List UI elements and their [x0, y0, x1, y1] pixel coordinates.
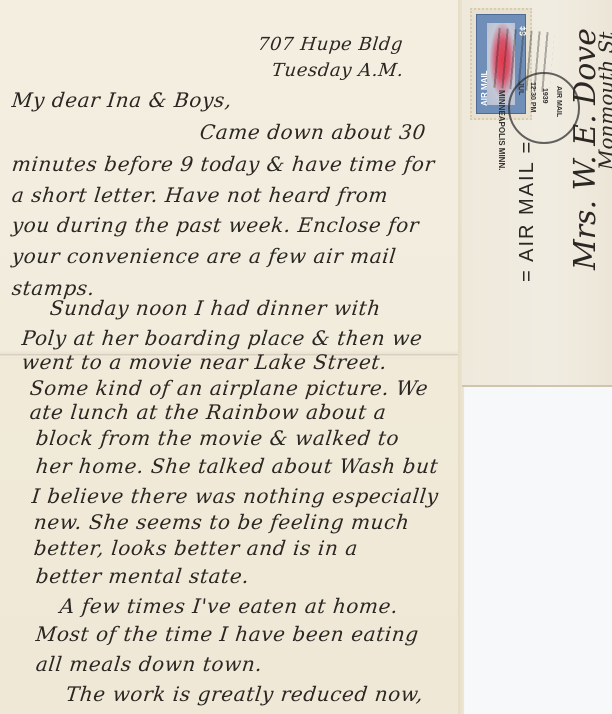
postmark-month: JUL [517, 82, 524, 95]
letter-line: you during the past week. Enclose for [11, 213, 421, 237]
letter-line: A few times I've eaten at home. [59, 594, 400, 618]
letter-line: a short letter. Have not heard from [11, 183, 390, 207]
letter-day: Tuesday A.M. [271, 60, 405, 81]
airmail-handwritten-note: = AIR MAIL = [516, 140, 539, 282]
letter-line: new. She seems to be feeling much [33, 510, 411, 534]
envelope-street: Monmouth St [594, 32, 612, 170]
postmark-time: 12:30 PM [529, 82, 536, 112]
letter-line: your convenience are a few air mail [11, 244, 398, 268]
letter-line: Some kind of an airplane picture. We [29, 376, 430, 400]
letter-address: 707 Hupe Bldg [257, 34, 404, 55]
letter-line: went to a movie near Lake Street. [21, 350, 389, 374]
letter-line: all meals down town. [35, 652, 264, 676]
letter-line: her home. She talked about Wash but [35, 454, 440, 478]
letter-line: I believe there was nothing especially [31, 484, 440, 508]
letter-line: Most of the time I have been eating [35, 622, 420, 646]
salutation: My dear Ina & Boys, [11, 88, 233, 112]
postmark-city: MINNEAPOLIS MINN. [497, 90, 506, 170]
letter-line: Poly at her boarding place & then we [21, 326, 424, 350]
letter-line: Came down about 30 [199, 120, 427, 144]
stamp-airmail-label: AIR MAIL [480, 70, 489, 106]
postmark-year: 1939 [541, 88, 548, 104]
letter-line: block from the movie & walked to [35, 426, 401, 450]
letter-line: The work is greatly reduced now, [65, 682, 425, 706]
letter-line: minutes before 9 today & have time for [11, 152, 436, 176]
letter-page: 707 Hupe Bldg Tuesday A.M. My dear Ina &… [0, 0, 462, 714]
letter-line: ate lunch at the Rainbow about a [29, 400, 388, 424]
postmark-service: AIR MAIL [555, 86, 562, 117]
letter-line: Sunday noon I had dinner with [49, 296, 382, 320]
letter-line: better, looks better and is in a [33, 536, 360, 560]
letter-line: better mental state. [35, 564, 251, 588]
